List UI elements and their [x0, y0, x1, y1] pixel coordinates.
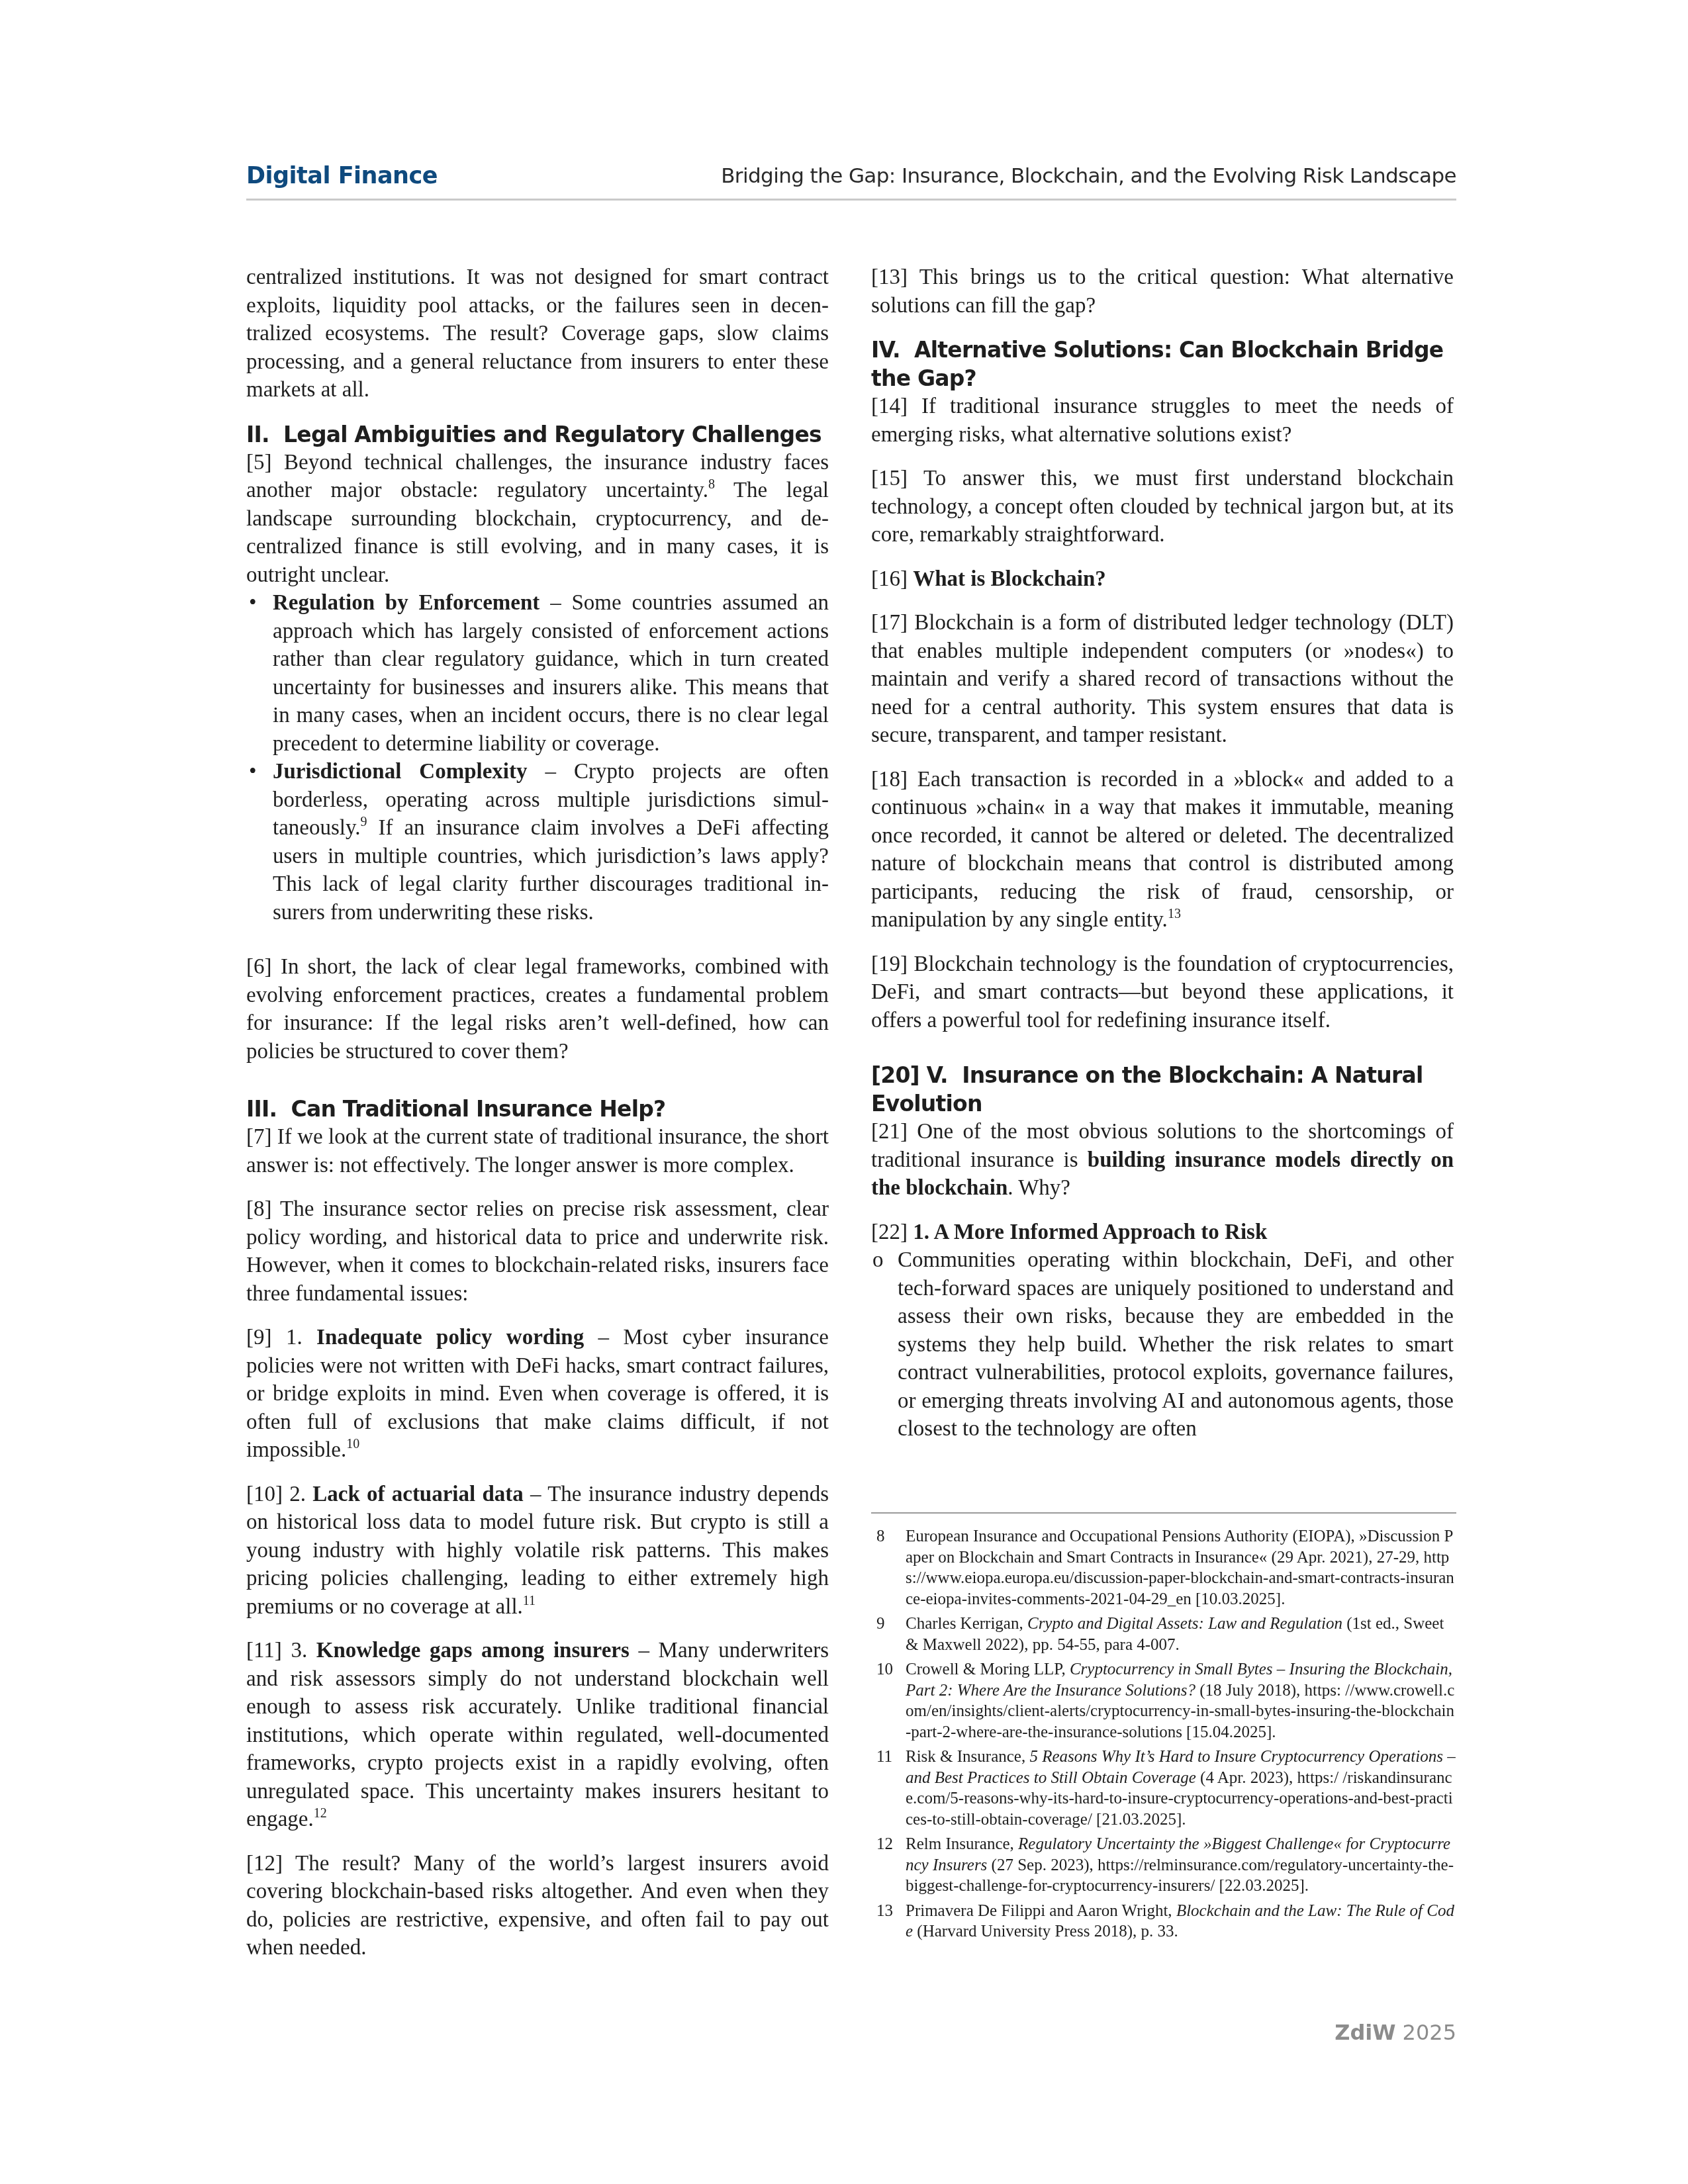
page-header: Digital Finance Bridging the Gap: Insura…	[246, 163, 1456, 196]
journal-year: 2025	[1403, 2020, 1456, 2045]
footnote-ref-8[interactable]: 8	[708, 477, 715, 492]
list-item: •Regulation by Enforcement – Some countr…	[246, 589, 829, 758]
section-heading-5: [20] V. Insurance on the Blockchain: A N…	[871, 1061, 1454, 1118]
footnotes: 8European Insurance and Occupational Pen…	[871, 1526, 1456, 1946]
left-column: centralized institutions. It was not des…	[246, 263, 829, 1978]
paragraph-14: [14] If traditional insurance struggles …	[871, 392, 1454, 449]
right-column: [13] This brings us to the critical ques…	[871, 263, 1454, 1459]
footnote-10: 10Crowell & Moring LLP, Cryptocurrency i…	[871, 1659, 1456, 1743]
list-item: oCommunities operating within blockchain…	[871, 1246, 1454, 1443]
section-heading-3: III. Can Traditional Insurance Help?	[246, 1095, 829, 1123]
page-folio: ZdiW2025	[1335, 2020, 1456, 2045]
paragraph-12: [12] The result? Many of the world’s lar…	[246, 1850, 829, 1962]
paragraph-18: [18] Each transaction is recorded in a »…	[871, 766, 1454, 934]
paragraph-13: [13] This brings us to the critical ques…	[871, 263, 1454, 320]
section-heading-4: IV. Alternative Solutions: Can Blockchai…	[871, 336, 1454, 392]
footnote-9: 9Charles Kerrigan, Crypto and Digital As…	[871, 1614, 1456, 1655]
bullet-icon: •	[249, 589, 257, 617]
paragraph-9: [9] 1. Inadequate policy wording – Most …	[246, 1324, 829, 1465]
paragraph-16: [16] What is Blockchain?	[871, 565, 1454, 594]
paragraph-21: [21] One of the most obvious solutions t…	[871, 1118, 1454, 1203]
footnote-ref-13[interactable]: 13	[1168, 907, 1181, 921]
paragraph-5: [5] Beyond technical challenges, the ins…	[246, 449, 829, 590]
section-brand: Digital Finance	[246, 163, 438, 189]
paragraph-11: [11] 3. Knowledge gaps among insurers – …	[246, 1637, 829, 1834]
footnote-ref-10[interactable]: 10	[346, 1437, 359, 1451]
document-page: Digital Finance Bridging the Gap: Insura…	[0, 0, 1688, 2184]
sub-bullet-list: oCommunities operating within blockchain…	[871, 1246, 1454, 1443]
footnote-12: 12Relm Insurance, Regulatory Uncertainty…	[871, 1834, 1456, 1897]
journal-name: ZdiW	[1335, 2020, 1395, 2045]
paragraph-continued: centralized institutions. It was not des…	[246, 263, 829, 404]
paragraph-22: [22] 1. A More Informed Approach to Risk	[871, 1218, 1454, 1247]
footnote-11: 11Risk & Insurance, 5 Reasons Why It’s H…	[871, 1747, 1456, 1830]
footnote-divider	[871, 1512, 1456, 1514]
paragraph-17: [17] Blockchain is a form of distributed…	[871, 609, 1454, 750]
running-title: Bridging the Gap: Insurance, Blockchain,…	[721, 164, 1456, 188]
footnote-ref-9[interactable]: 9	[361, 815, 367, 829]
footnote-13: 13Primavera De Filippi and Aaron Wright,…	[871, 1901, 1456, 1942]
list-item: •Jurisdictional Complexity – Crypto proj…	[246, 758, 829, 927]
paragraph-10: [10] 2. Lack of actuarial data – The ins…	[246, 1480, 829, 1621]
footnote-ref-11[interactable]: 11	[523, 1594, 536, 1608]
section-heading-2: II. Legal Ambiguities and Regulatory Cha…	[246, 420, 829, 449]
paragraph-7: [7] If we look at the current state of t…	[246, 1123, 829, 1179]
header-divider	[246, 199, 1456, 201]
paragraph-6: [6] In short, the lack of clear legal fr…	[246, 953, 829, 1066]
paragraph-15: [15] To answer this, we must first under…	[871, 465, 1454, 549]
footnote-ref-12[interactable]: 12	[314, 1806, 327, 1821]
footnote-8: 8European Insurance and Occupational Pen…	[871, 1526, 1456, 1610]
bullet-list: •Regulation by Enforcement – Some countr…	[246, 589, 829, 927]
circle-bullet-icon: o	[872, 1246, 884, 1275]
bullet-icon: •	[249, 758, 257, 786]
paragraph-19: [19] Blockchain technology is the founda…	[871, 950, 1454, 1035]
paragraph-8: [8] The insurance sector relies on preci…	[246, 1195, 829, 1308]
